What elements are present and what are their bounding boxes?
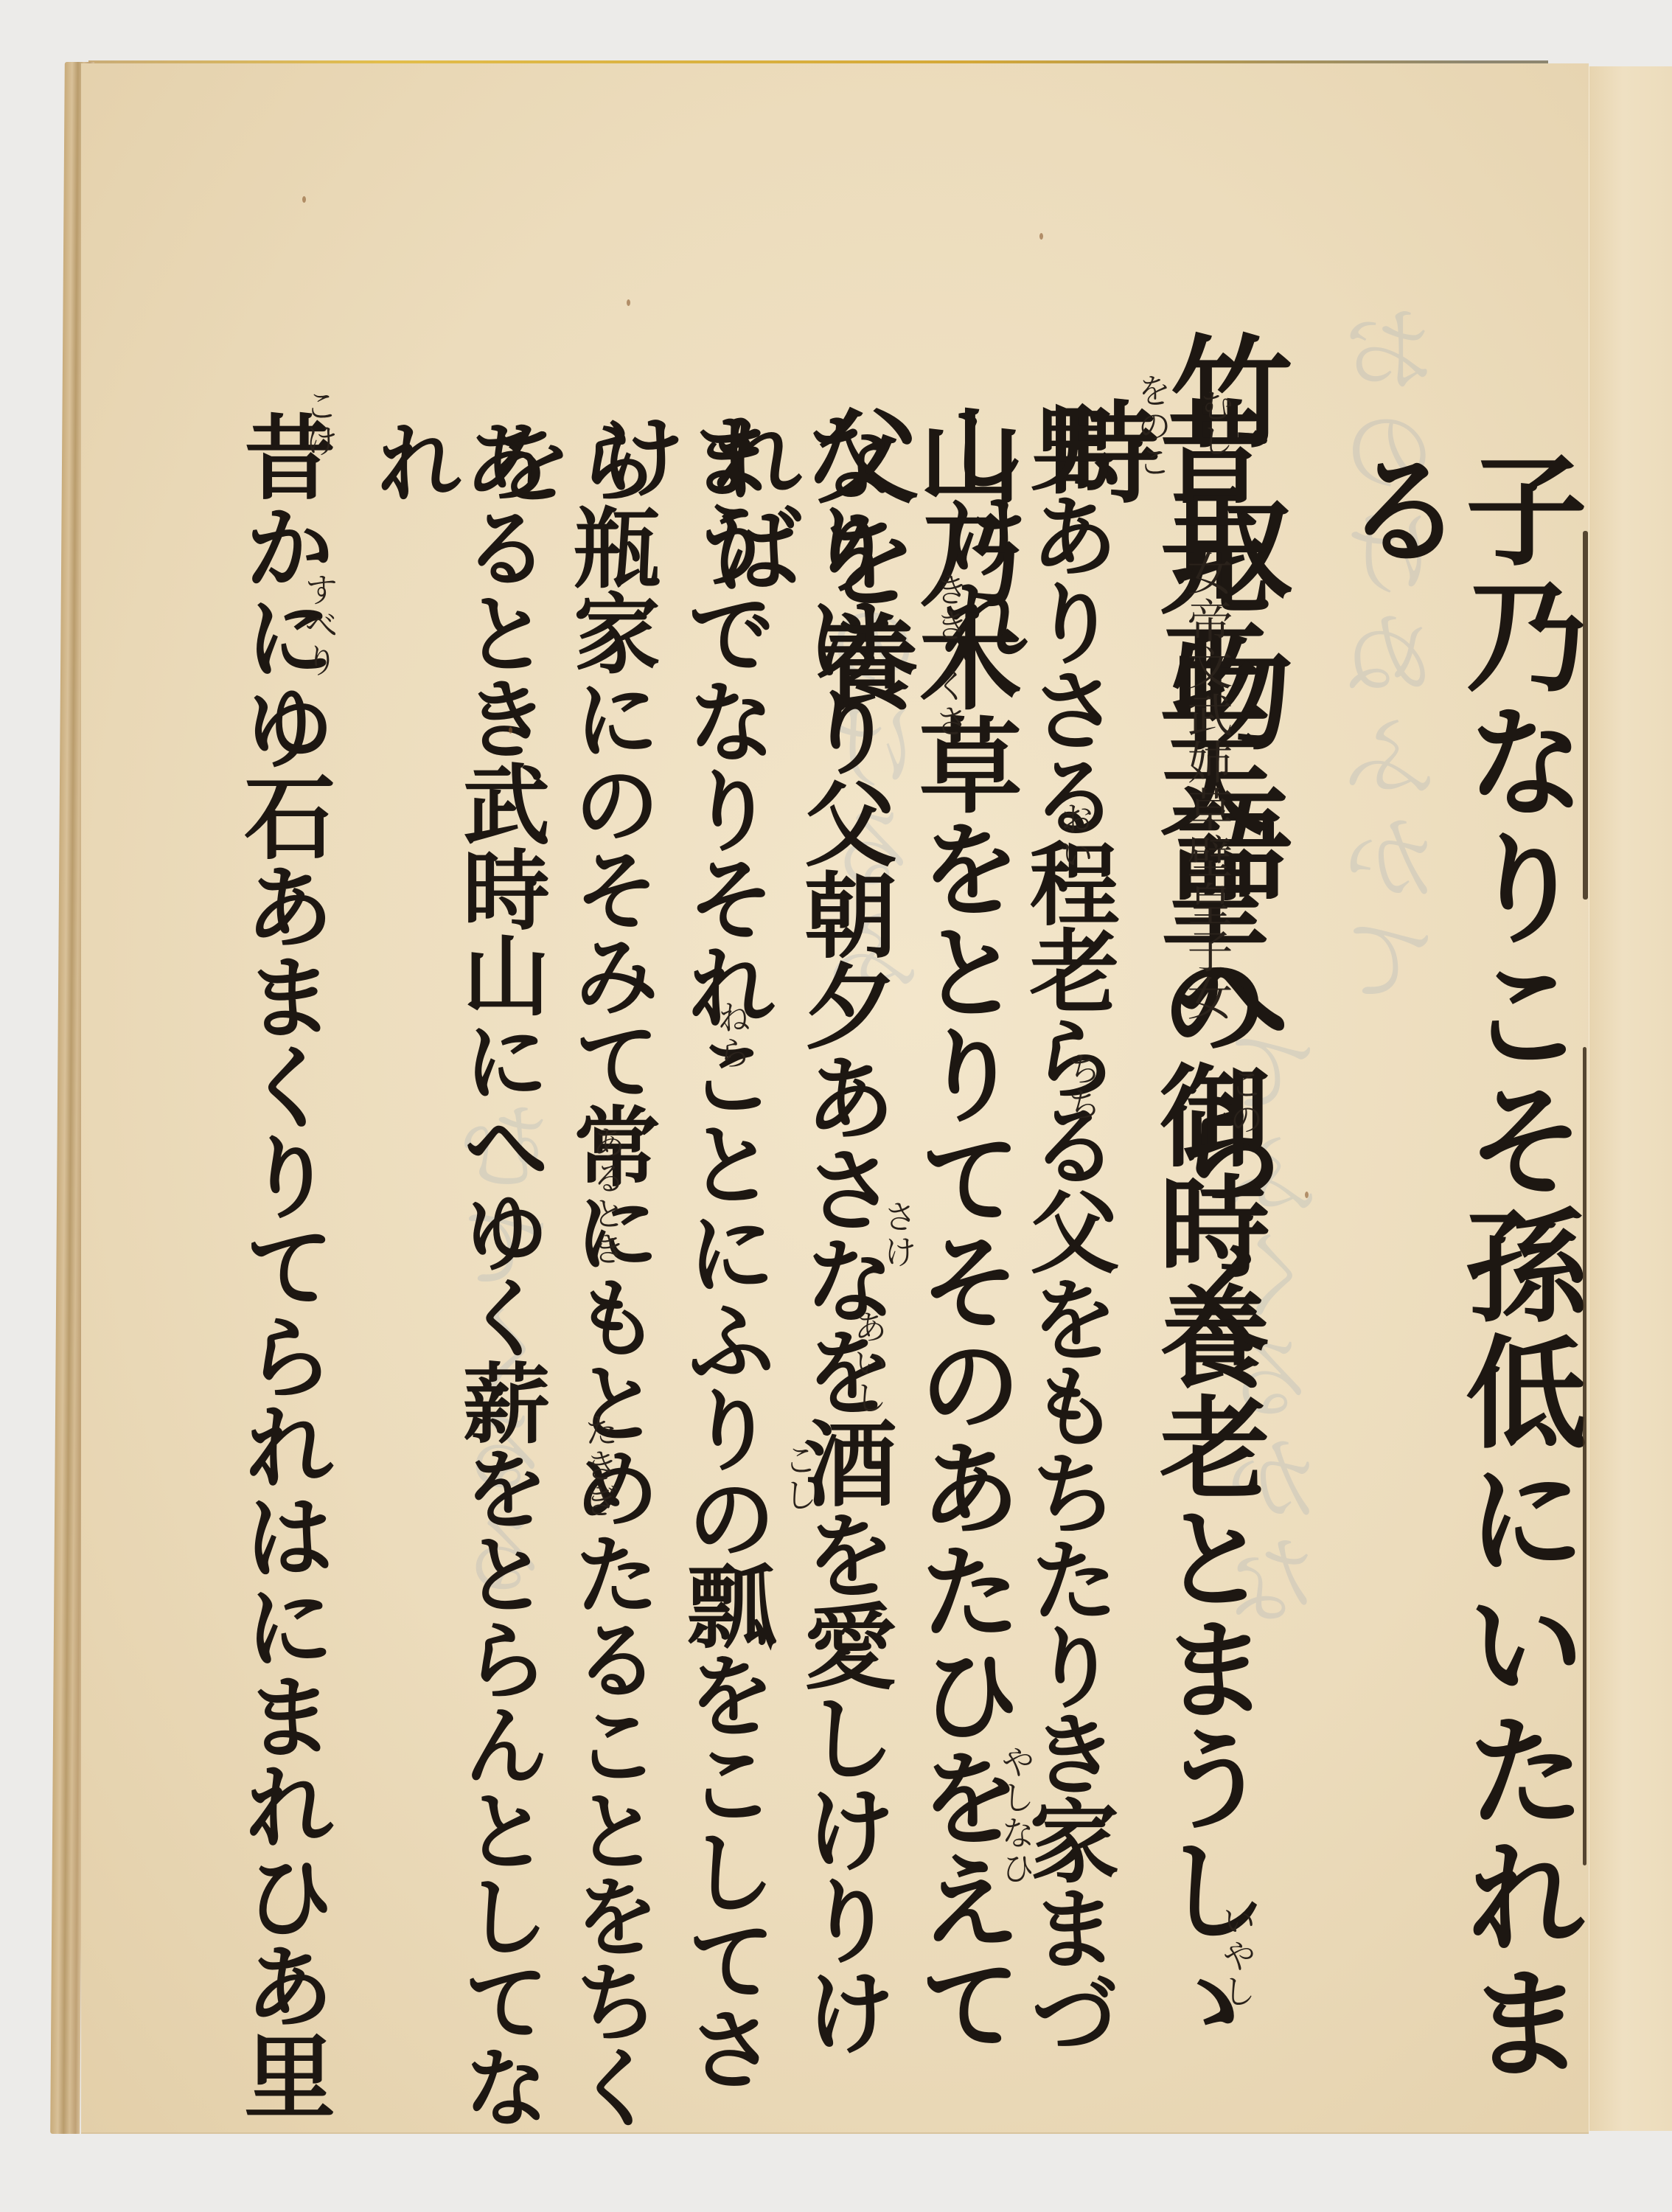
furigana-gloss: くさ — [933, 668, 966, 739]
paper-speck — [1305, 1192, 1309, 1198]
furigana-gloss: こし — [781, 1442, 815, 1513]
facing-page-edge — [1589, 66, 1672, 2131]
furigana-gloss: こけ — [302, 388, 336, 459]
book-scan: おのけぬふかて てふくるかな のけるふ むてくるる 子乃なりこそ孫低にいたれまる… — [0, 0, 1672, 2212]
furigana-gloss: さけ — [881, 1199, 915, 1270]
warichu-annotation: 女帝文武姉草壁皇子女 — [1183, 550, 1229, 1022]
furigana-gloss: ねら — [715, 1000, 749, 1071]
furigana-gloss: すべり — [302, 572, 336, 678]
furigana-gloss: この — [1227, 1066, 1261, 1137]
furigana-gloss: たきぎ — [582, 1413, 616, 1519]
binding-thread — [1583, 531, 1588, 900]
manuscript-page: おのけぬふかて てふくるかな のけるふ むてくるる 子乃なりこそ孫低にいたれまる… — [81, 63, 1589, 2134]
paper-speck — [302, 196, 306, 203]
furigana-gloss: あいし — [851, 1310, 885, 1416]
paper-speck — [509, 727, 512, 734]
text-column-9: あるとき武時山にへゆく薪をとらんとしてなれ — [369, 417, 543, 2132]
furigana-gloss: ちち — [1065, 1051, 1099, 1122]
furigana-gloss: やしなひ — [999, 1745, 1033, 1886]
binding-thread — [1583, 1047, 1586, 1865]
text-column-1: 子乃なりこそ孫低にいたれまる — [1334, 447, 1578, 2132]
paper-speck — [627, 299, 630, 306]
furigana-gloss: いやし — [1220, 1903, 1254, 2009]
furigana-gloss: をのこ — [1135, 373, 1169, 479]
paper-speck — [1039, 233, 1043, 240]
furigana-gloss: おい — [1058, 801, 1092, 872]
furigana-gloss: むし — [1198, 388, 1232, 459]
furigana-gloss: きき — [933, 572, 966, 643]
furigana-gloss: あるとき — [590, 1125, 624, 1267]
